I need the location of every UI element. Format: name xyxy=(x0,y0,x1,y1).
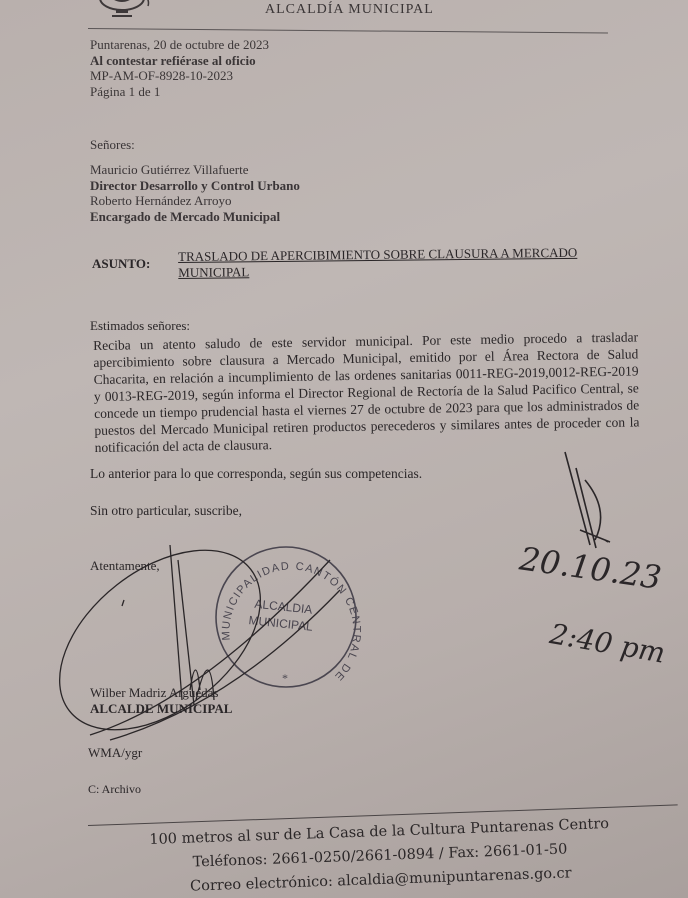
handwritten-receipt xyxy=(565,452,610,548)
subject-text: TRASLADO DE APERCIBIMIENTO SOBRE CLAUSUR… xyxy=(178,244,628,281)
recipient-title: Encargado de Mercado Municipal xyxy=(90,209,300,225)
subject-label: ASUNTO: xyxy=(92,256,150,272)
reference-label: Al contestar refiérase al oficio xyxy=(90,53,269,69)
header-divider xyxy=(88,28,608,34)
letter-footer: 100 metros al sur de La Casa de la Cultu… xyxy=(99,810,661,898)
institution-header: ALCALDÍA MUNICIPAL xyxy=(265,2,434,18)
greeting: Estimados señores: xyxy=(90,318,190,334)
svg-text:*: * xyxy=(282,671,288,685)
reference-number: MP-AM-OF-8928-10-2023 xyxy=(90,68,269,84)
typist-initials: WMA/ygr xyxy=(88,745,142,761)
stamp-center-line: MUNICIPAL xyxy=(248,613,314,634)
valediction: Atentamente, xyxy=(90,558,160,574)
place-date: Puntarenas, 20 de octubre de 2023 xyxy=(90,37,269,53)
recipient-title: Director Desarrollo y Control Urbano xyxy=(90,178,300,194)
stamp-center-line: ALCALDIA xyxy=(254,597,313,617)
closing-line: Lo anterior para lo que corresponda, seg… xyxy=(90,466,422,482)
handwritten-signature xyxy=(26,514,340,766)
signer-title: ALCALDE MUNICIPAL xyxy=(90,701,232,717)
recipient-name: Roberto Hernández Arroyo xyxy=(90,193,300,209)
receipt-date: 20.10.23 xyxy=(516,539,663,597)
recipient-name: Mauricio Gutiérrez Villafuerte xyxy=(90,162,300,178)
recipient-list: Mauricio Gutiérrez Villafuerte Director … xyxy=(90,162,300,224)
signer-name: Wilber Madriz Arguedas xyxy=(90,685,218,701)
closing-line: Sin otro particular, suscribe, xyxy=(90,503,242,519)
page-number: Página 1 de 1 xyxy=(90,84,269,100)
copy-to: C: Archivo xyxy=(88,782,141,797)
salutation: Señores: xyxy=(90,137,135,153)
receipt-time: 2:40 pm xyxy=(546,617,667,670)
body-paragraph: Reciba un atento saludo de este servidor… xyxy=(93,328,640,456)
letter-metadata: Puntarenas, 20 de octubre de 2023 Al con… xyxy=(90,37,269,99)
municipal-coat-of-arms-icon xyxy=(92,0,158,20)
